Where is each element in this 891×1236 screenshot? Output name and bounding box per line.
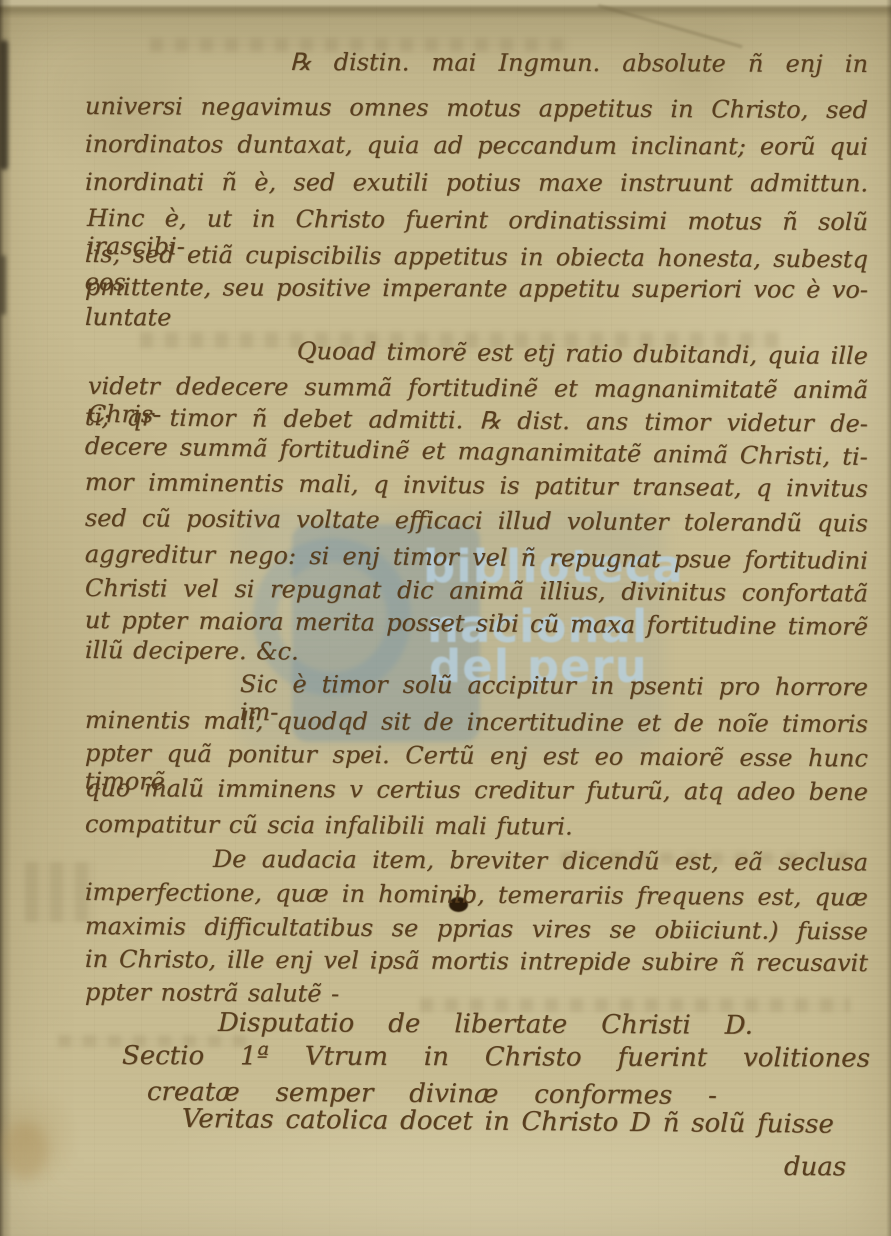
manuscript-line: Disputatio de libertate Christi D. xyxy=(218,1008,753,1041)
manuscript-line: in Christo, ille enj vel ipsã mortis int… xyxy=(85,945,868,977)
manuscript-line: inordinati ñ è, sed exutili potius maxe … xyxy=(85,168,868,197)
manuscript-line: compatitur cũ scia infalibili mali futur… xyxy=(85,810,573,841)
manuscript-line: quo malũ imminens v certius creditur fut… xyxy=(85,774,868,806)
manuscript-line: inordinatos duntaxat, quia ad peccandum … xyxy=(85,130,868,161)
manuscript-line: decere summã fortitudinẽ et magnanimitat… xyxy=(85,432,868,471)
manuscript-line: minentis mali, quodqd sit de incertitudi… xyxy=(85,706,868,738)
manuscript-line: Christi vel si repugnat dic animã illius… xyxy=(85,574,868,607)
manuscript-line: imperfectione, quæ in hominib, temerarii… xyxy=(85,878,868,911)
manuscript-line: mor imminentis mali, q invitus is patitu… xyxy=(85,468,868,503)
manuscript-line: illũ decipere. &c. xyxy=(85,636,299,665)
manuscript-line: ℞ distin. mai Ingmun. absolute ñ enj in xyxy=(290,48,868,78)
manuscript-line: Veritas catolica docet in Christo D ñ so… xyxy=(182,1104,834,1140)
manuscript-line: universi negavimus omnes motus appetitus… xyxy=(85,92,868,124)
manuscript-line: Sectio 1ª Vtrum in Christo fuerint volit… xyxy=(122,1041,870,1074)
manuscript-line: luntate xyxy=(85,303,172,331)
manuscript-scan: biblioteca nacional del peru ℞ distin. m… xyxy=(0,0,891,1236)
manuscript-line: ppter nostrã salutẽ - xyxy=(85,978,339,1008)
manuscript-line: aggreditur nego: si enj timor vel ñ repu… xyxy=(85,540,868,575)
manuscript-line: De audacia item, breviter dicendũ est, e… xyxy=(213,845,868,876)
manuscript-line: pmittente, seu positive imperante appeti… xyxy=(85,273,868,304)
manuscript-line: duas xyxy=(784,1152,846,1182)
manuscript-line: ut ppter maiora merita posset sibi cũ ma… xyxy=(85,606,868,641)
manuscript-text-block: ℞ distin. mai Ingmun. absolute ñ enj inu… xyxy=(0,0,891,1236)
manuscript-line: sed cũ positiva voltate efficaci illud v… xyxy=(85,504,868,537)
manuscript-line: Quoad timorẽ est etj ratio dubitandi, qu… xyxy=(297,337,868,370)
manuscript-line: ti; qr timor ñ debet admitti. ℞ dist. an… xyxy=(85,403,868,438)
manuscript-line: maximis difficultatibus se pprias vires … xyxy=(85,912,868,945)
